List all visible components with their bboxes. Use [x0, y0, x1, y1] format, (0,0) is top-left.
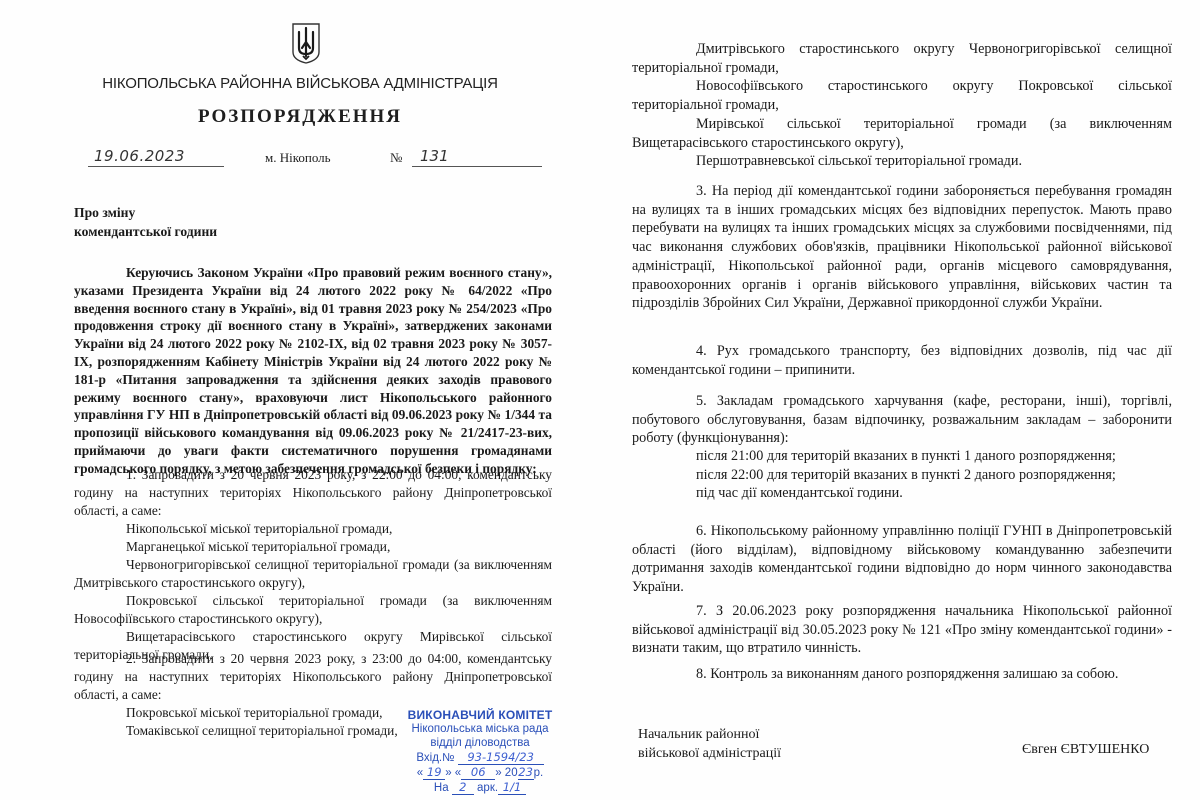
rule-item: після 22:00 для територій вказаних в пун…: [632, 466, 1172, 485]
document-date: 19.06.2023: [88, 146, 224, 167]
signatory-role: Начальник районної військової адміністра…: [638, 726, 781, 763]
stamp-sheets-unit: арк.: [477, 782, 498, 794]
stamp-year-prefix: 20: [505, 767, 518, 779]
preamble-paragraph: Керуючись Законом України «Про правовий …: [74, 264, 552, 478]
stamp-year-suffix: 23: [518, 765, 534, 780]
issuer-title: НІКОПОЛЬСЬКА РАЙОННА ВІЙСЬКОВА АДМІНІСТР…: [0, 75, 600, 92]
subject-line-1: Про зміну: [74, 204, 217, 223]
stamp-incoming-number: 93-1594/23: [458, 750, 544, 765]
stamp-month: 06: [461, 765, 495, 780]
territory-item: Нікопольської міської територіальної гро…: [74, 520, 552, 538]
item-7-paragraph: 7. З 20.06.2023 року розпорядження начал…: [632, 602, 1172, 658]
territory-item: Першотравневської сільської територіальн…: [632, 152, 1172, 171]
item-8-paragraph: 8. Контроль за виконанням даного розпоря…: [632, 665, 1172, 684]
item-3-paragraph: 3. На період дії комендантської години з…: [632, 182, 1172, 313]
territory-item: Червоногригорівської селищної територіал…: [74, 556, 552, 592]
document-city: м. Нікополь: [265, 150, 331, 166]
signatory-name: Євген ЄВТУШЕНКО: [1022, 742, 1149, 758]
signatory-role-line-1: Начальник районної: [638, 726, 781, 745]
item-2-territories-page2: Дмитрівського старостинського округу Чер…: [632, 40, 1172, 171]
rule-item: після 21:00 для територій вказаних в пун…: [632, 447, 1172, 466]
item-6-paragraph: 6. Нікопольському районному управлінню п…: [632, 522, 1172, 597]
stamp-incoming-row: Вхід.№ 93-1594/23: [400, 750, 560, 765]
document-type-heading: РОЗПОРЯДЖЕННЯ: [0, 106, 600, 128]
item-1-paragraph: 1. Запровадити з 20 червня 2023 року, з …: [74, 466, 552, 519]
stamp-sheets: 2: [452, 780, 474, 795]
territory-item: Дмитрівського старостинського округу Чер…: [632, 40, 1172, 77]
stamp-incoming-label: Вхід.№: [416, 752, 454, 764]
territory-item: Покровської сільської територіальної гро…: [74, 592, 552, 628]
stamp-sheets-label: На: [434, 782, 449, 794]
territory-item: Марганецької міської територіальної гром…: [74, 538, 552, 556]
document-number: 131: [412, 146, 542, 167]
stamp-department: відділ діловодства: [400, 736, 560, 750]
item-5-paragraph: 5. Закладам громадського харчування (каф…: [632, 392, 1172, 448]
stamp-day: 19: [423, 765, 445, 780]
rule-item: під час дії комендантської години.: [632, 484, 1172, 503]
stamp-committee: ВИКОНАВЧИЙ КОМІТЕТ: [400, 708, 560, 722]
trident-coat-of-arms-icon: [291, 22, 321, 64]
subject-line-2: комендантської години: [74, 223, 217, 242]
item-2-paragraph: 2. Запровадити з 20 червня 2023 року, з …: [74, 650, 552, 703]
stamp-date-row: «19» «06» 2023р.: [400, 765, 560, 780]
stamp-sheets-row: На 2 арк.1/1: [400, 780, 560, 795]
stamp-year-postfix: р.: [534, 767, 544, 779]
document-page-1: НІКОПОЛЬСЬКА РАЙОННА ВІЙСЬКОВА АДМІНІСТР…: [0, 0, 600, 800]
item-5-rules: після 21:00 для територій вказаних в пун…: [632, 447, 1172, 503]
document-subject: Про зміну комендантської години: [74, 204, 217, 241]
territory-item: Новософіївського старостинського округу …: [632, 77, 1172, 114]
stamp-sheets-extra: 1/1: [498, 780, 526, 795]
number-label: №: [390, 150, 402, 166]
incoming-registration-stamp: ВИКОНАВЧИЙ КОМІТЕТ Нікопольська міська р…: [400, 708, 560, 795]
item-4-paragraph: 4. Рух громадського транспорту, без відп…: [632, 342, 1172, 379]
signatory-role-line-2: військової адміністрації: [638, 745, 781, 764]
stamp-council: Нікопольська міська рада: [400, 722, 560, 736]
item-1-territories: Нікопольської міської територіальної гро…: [74, 520, 552, 664]
territory-item: Мирівської сільської територіальної гром…: [632, 115, 1172, 152]
